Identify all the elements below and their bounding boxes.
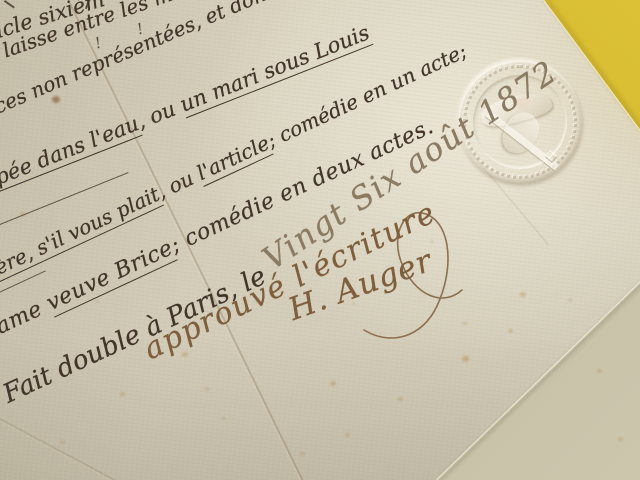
- photo-of-manuscript: ticle sixièma laisse entre les mainsèces…: [0, 0, 640, 480]
- foxing-stain: [52, 96, 60, 103]
- foxing-stain: [462, 356, 469, 362]
- signature-paraph: [362, 198, 470, 346]
